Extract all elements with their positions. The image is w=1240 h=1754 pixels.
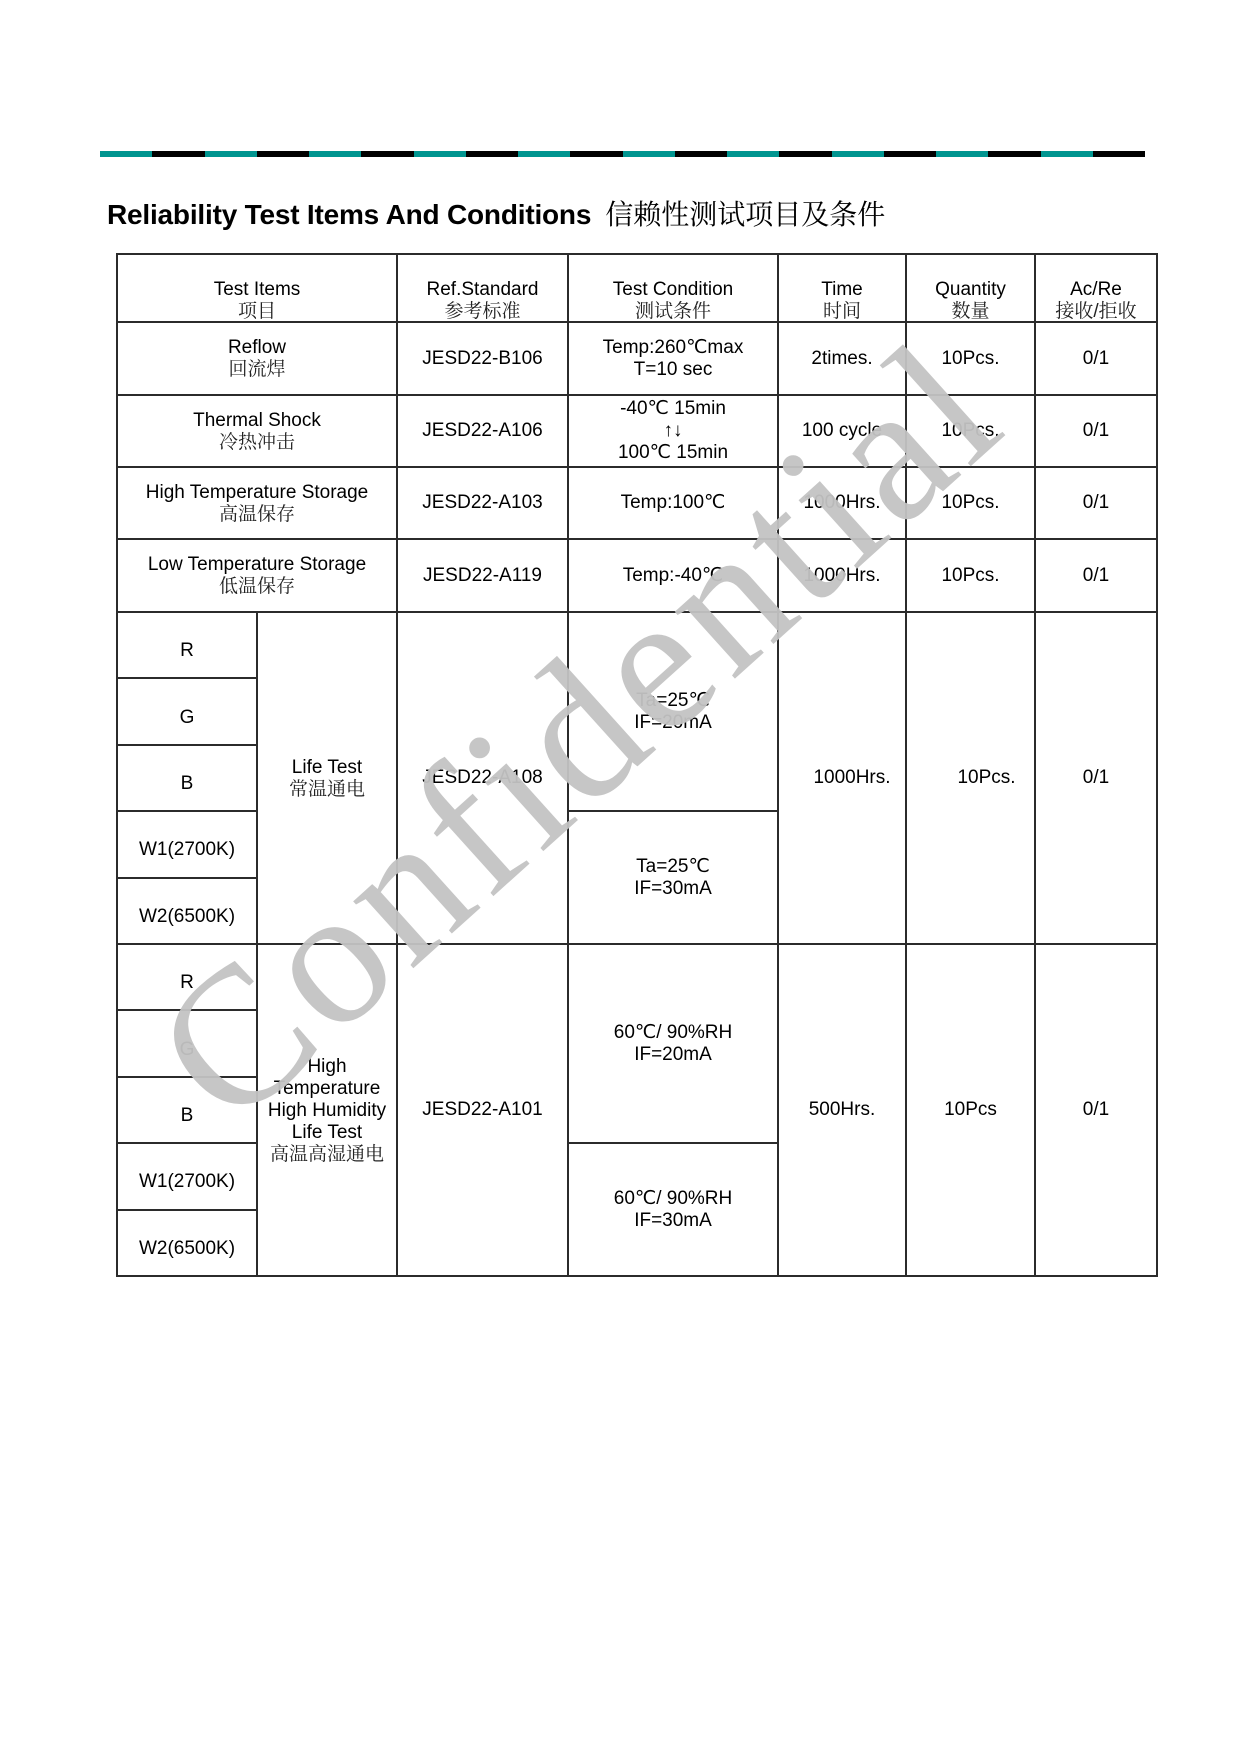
condition-cell: 60℃/ 90%RHIF=30mA [568,1143,778,1276]
table-rule [777,253,779,1277]
condition-line: 100℃ 15min [618,442,728,464]
table-rule [116,394,1158,396]
test-item-name-zh: 回流焊 [228,359,285,380]
table-rule [116,1209,258,1211]
table-rule [116,253,1158,255]
quantity-cell: 10Pcs. [906,612,1035,944]
standard-cell: JESD22-A119 [397,539,568,612]
quantity-cell: 10Pcs. [906,322,1035,395]
test-item-name: Low Temperature Storage [148,554,366,576]
condition-line: T=10 sec [634,359,713,381]
reliability-test-table: Test Items项目Ref.Standard参考标准Test Conditi… [0,0,1240,1754]
header-label-zh: 测试条件 [635,301,711,322]
quantity-value: 10Pcs. [941,565,999,587]
quantity-cell: 10Pcs [906,944,1035,1276]
header-cell: Ref.Standard参考标准 [397,254,568,322]
header-cell: Ac/Re接收/拒收 [1035,254,1157,322]
acre-value: 0/1 [1083,767,1109,789]
standard-value: JESD22-A106 [422,420,542,442]
color-variant-cell: W2(6500K) [117,1210,257,1276]
test-item-name-zh: 低温保存 [219,576,295,597]
time-value: 500Hrs. [809,1099,876,1121]
table-rule [116,538,1158,540]
time-cell: 1000Hrs. [778,539,906,612]
test-item-name-zh: 常温通电 [289,779,365,800]
standard-cell: JESD22-A103 [397,467,568,539]
condition-cell: Temp:260℃maxT=10 sec [568,322,778,395]
acre-value: 0/1 [1083,348,1109,370]
condition-line: 60℃/ 90%RH [614,1022,733,1044]
test-item-cell: Low Temperature Storage低温保存 [117,539,397,612]
color-variant-cell: R [117,612,257,678]
color-variant-cell: G [117,678,257,744]
time-cell: 1000Hrs. [778,467,906,539]
test-item-name: Thermal Shock [193,410,321,432]
time-value: 1000Hrs. [803,565,880,587]
condition-line: 60℃/ 90%RH [614,1188,733,1210]
quantity-cell: 10Pcs. [906,395,1035,467]
table-rule [116,1076,258,1078]
acre-value: 0/1 [1083,420,1109,442]
time-value: 1000Hrs. [813,767,890,789]
header-cell: Time时间 [778,254,906,322]
standard-value: JESD22-A103 [422,492,542,514]
condition-line: -40℃ 15min [620,398,726,420]
test-item-name: Life Test [292,1122,362,1144]
table-rule [116,877,258,879]
acre-value: 0/1 [1083,565,1109,587]
acre-cell: 0/1 [1035,467,1157,539]
header-label: Ref.Standard [427,279,539,301]
test-item-name: Life Test [292,757,362,779]
header-cell: Quantity数量 [906,254,1035,322]
acre-cell: 0/1 [1035,539,1157,612]
table-rule [567,253,569,1277]
table-rule [116,810,258,812]
test-item-cell: High Temperature Storage高温保存 [117,467,397,539]
standard-value: JESD22-A119 [423,565,542,587]
color-variant-cell: W1(2700K) [117,811,257,877]
table-rule [116,677,258,679]
header-label-zh: 接收/拒收 [1055,301,1136,322]
time-cell: 500Hrs. [778,944,906,1276]
quantity-cell: 10Pcs. [906,467,1035,539]
standard-value: JESD22-A108 [422,767,542,789]
condition-cell: Temp:-40℃ [568,539,778,612]
table-rule [256,611,258,1277]
header-label-zh: 参考标准 [444,301,520,322]
color-variant-cell: R [117,944,257,1010]
acre-value: 0/1 [1083,1099,1109,1121]
standard-cell: JESD22-A106 [397,395,568,467]
test-item-cell: HighTemperatureHigh HumidityLife Test高温高… [257,944,397,1276]
header-label: Time [821,279,863,301]
header-label-zh: 项目 [238,301,276,322]
table-rule [567,1142,779,1144]
test-item-name: Reflow [228,337,286,359]
condition-line: IF=30mA [634,878,712,900]
time-value: 1000Hrs. [803,492,880,514]
standard-cell: JESD22-B106 [397,322,568,395]
condition-line: IF=20mA [634,712,712,734]
acre-cell: 0/1 [1035,322,1157,395]
color-variant-cell: G [117,1010,257,1076]
header-label-zh: 时间 [823,301,861,322]
table-rule [116,1275,1158,1277]
test-item-cell: Life Test常温通电 [257,612,397,944]
quantity-value: 10Pcs. [941,348,999,370]
quantity-value: 10Pcs. [941,420,999,442]
table-rule [905,253,907,1277]
condition-line: ↑↓ [664,420,683,442]
quantity-value: 10Pcs [944,1099,997,1121]
test-item-name: High [307,1056,346,1078]
standard-cell: JESD22-A101 [397,944,568,1276]
table-rule [116,943,1158,945]
header-label-zh: 数量 [951,301,989,322]
standard-value: JESD22-A101 [422,1099,542,1121]
header-label: Quantity [935,279,1006,301]
quantity-cell: 10Pcs. [906,539,1035,612]
table-rule [116,611,1158,613]
header-cell: Test Condition测试条件 [568,254,778,322]
color-variant-label: W2(6500K) [139,1238,235,1260]
standard-value: JESD22-B106 [422,348,542,370]
color-variant-label: W1(2700K) [139,1171,235,1193]
header-label: Test Condition [613,279,733,301]
acre-cell: 0/1 [1035,395,1157,467]
condition-line: IF=30mA [634,1210,712,1232]
color-variant-label: G [180,707,195,729]
condition-cell: -40℃ 15min↑↓100℃ 15min [568,395,778,467]
test-item-cell: Reflow回流焊 [117,322,397,395]
header-cell: Test Items项目 [117,254,397,322]
acre-cell: 0/1 [1035,612,1157,944]
time-value: 2times. [811,348,872,370]
color-variant-label: G [180,1039,195,1061]
table-rule [116,321,1158,323]
test-item-name: Temperature [274,1078,381,1100]
color-variant-cell: W2(6500K) [117,878,257,944]
table-rule [567,810,779,812]
color-variant-label: B [181,1105,194,1127]
standard-cell: JESD22-A108 [397,612,568,944]
condition-cell: Ta=25℃IF=30mA [568,811,778,944]
acre-value: 0/1 [1083,492,1109,514]
condition-cell: Temp:100℃ [568,467,778,539]
table-rule [116,253,118,1277]
acre-cell: 0/1 [1035,944,1157,1276]
color-variant-cell: B [117,1077,257,1143]
color-variant-cell: W1(2700K) [117,1143,257,1209]
time-cell: 100 cycle [778,395,906,467]
header-label: Ac/Re [1070,279,1122,301]
header-label: Test Items [214,279,301,301]
quantity-value: 10Pcs. [941,492,999,514]
condition-line: Ta=25℃ [636,690,710,712]
condition-line: Temp:-40℃ [623,565,724,587]
quantity-value: 10Pcs. [957,767,1015,789]
condition-line: IF=20mA [634,1044,712,1066]
time-cell: 2times. [778,322,906,395]
color-variant-label: W2(6500K) [139,906,235,928]
color-variant-cell: B [117,745,257,811]
test-item-name-zh: 高温保存 [219,504,295,525]
test-item-name: High Humidity [268,1100,386,1122]
test-item-name-zh: 冷热冲击 [219,432,295,453]
condition-line: Temp:260℃max [603,337,744,359]
table-rule [1034,253,1036,1277]
time-value: 100 cycle [802,420,882,442]
table-rule [116,466,1158,468]
time-cell: 1000Hrs. [778,612,906,944]
color-variant-label: B [181,773,194,795]
condition-line: Temp:100℃ [621,492,726,514]
table-rule [116,1009,258,1011]
test-item-name-zh: 高温高湿通电 [270,1144,384,1165]
table-rule [116,744,258,746]
condition-cell: Ta=25℃IF=20mA [568,612,778,811]
test-item-name: High Temperature Storage [146,482,369,504]
color-variant-label: W1(2700K) [139,839,235,861]
test-item-cell: Thermal Shock冷热冲击 [117,395,397,467]
table-rule [116,1142,258,1144]
table-rule [1156,253,1158,1277]
color-variant-label: R [180,972,194,994]
condition-line: Ta=25℃ [636,856,710,878]
table-rule [396,253,398,1277]
condition-cell: 60℃/ 90%RHIF=20mA [568,944,778,1143]
color-variant-label: R [180,640,194,662]
